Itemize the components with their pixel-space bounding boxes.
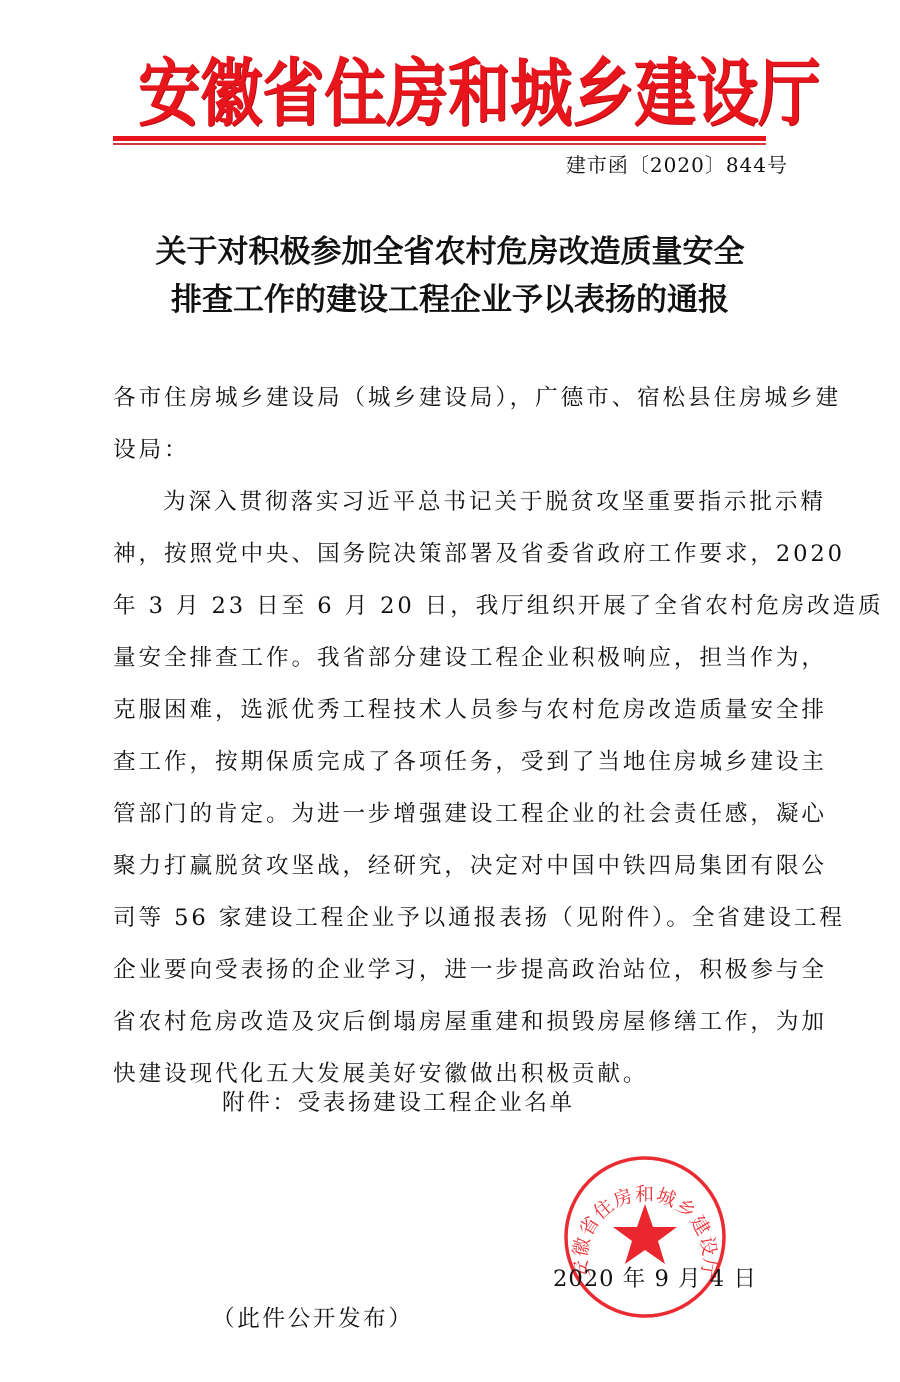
body-paragraph-line: 量安全排查工作。我省部分建设工程企业积极响应，担当作为，: [113, 632, 793, 684]
addressee-line: 设局：: [113, 424, 793, 476]
document-number: 建市函〔2020〕844号: [566, 152, 788, 178]
body-paragraph-line: 克服困难，选派优秀工程技术人员参与农村危房改造质量安全排: [113, 684, 793, 736]
body-paragraph-line: 神，按照党中央、国务院决策部署及省委省政府工作要求，2020: [113, 528, 793, 580]
document-title-line-2: 排查工作的建设工程企业予以表扬的通报: [110, 276, 790, 324]
body-paragraph-line: 聚力打赢脱贫攻坚战，经研究，决定对中国中铁四局集团有限公: [113, 840, 793, 892]
addressee-line: 各市住房城乡建设局（城乡建设局），广德市、宿松县住房城乡建: [113, 372, 793, 424]
red-header-rule-thick: [113, 136, 766, 141]
body-paragraph-line: 年 3 月 23 日至 6 月 20 日，我厅组织开展了全省农村危房改造质: [113, 580, 793, 632]
document-title: 关于对积极参加全省农村危房改造质量安全 排查工作的建设工程企业予以表扬的通报: [110, 228, 790, 324]
attachment-label: 附件：受表扬建设工程企业名单: [222, 1086, 575, 1120]
body-paragraph-line: 企业要向受表扬的企业学习，进一步提高政治站位，积极参与全: [113, 944, 793, 996]
signature-date: 2020 年 9 月 4 日: [553, 1262, 757, 1296]
public-release-note: （此件公开发布）: [212, 1302, 414, 1336]
body-paragraph-line: 查工作，按期保质完成了各项任务，受到了当地住房城乡建设主: [113, 736, 793, 788]
body-paragraph-line: 为深入贯彻落实习近平总书记关于脱贫攻坚重要指示批示精: [113, 476, 793, 528]
body-paragraph-line: 省农村危房改造及灾后倒塌房屋重建和损毁房屋修缮工作，为加: [113, 996, 793, 1048]
body-paragraph-line: 司等 56 家建设工程企业予以通报表扬（见附件）。全省建设工程: [113, 892, 793, 944]
red-header-rule-thin: [113, 143, 766, 145]
document-body: 各市住房城乡建设局（城乡建设局），广德市、宿松县住房城乡建 设局： 为深入贯彻落…: [113, 372, 793, 1100]
agency-masthead: 安徽省住房和城乡建设厅: [138, 44, 766, 143]
star-icon: [613, 1204, 677, 1264]
body-paragraph-line: 管部门的肯定。为进一步增强建设工程企业的社会责任感，凝心: [113, 788, 793, 840]
document-title-line-1: 关于对积极参加全省农村危房改造质量安全: [110, 228, 790, 276]
